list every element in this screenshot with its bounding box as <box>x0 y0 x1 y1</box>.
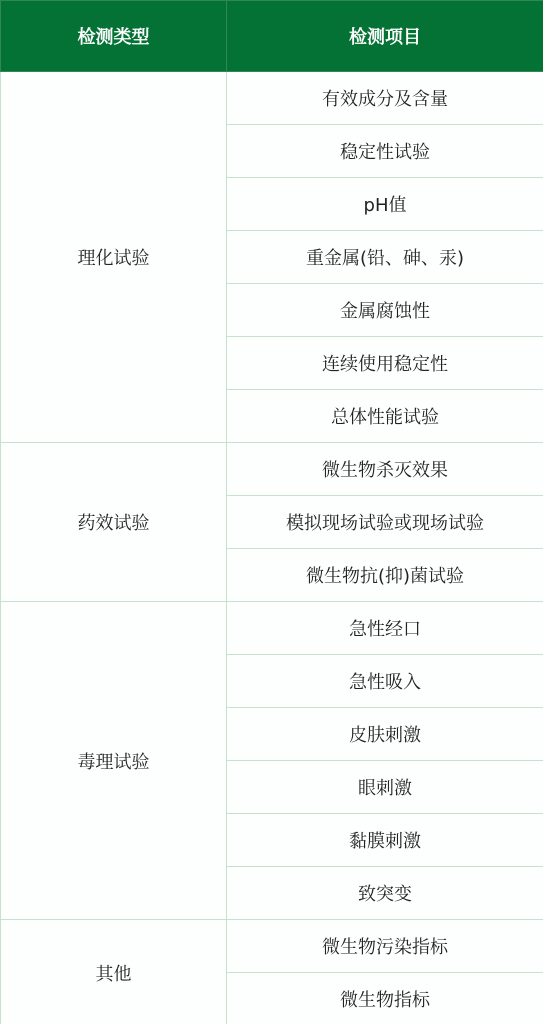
table-row: 理化试验有效成分及含量 <box>1 72 543 125</box>
header-test-type: 检测类型 <box>1 1 227 72</box>
table-row: 药效试验微生物杀灭效果 <box>1 443 543 496</box>
item-cell: 眼刺激 <box>227 761 543 814</box>
category-cell: 毒理试验 <box>1 602 227 920</box>
item-cell: 急性经口 <box>227 602 543 655</box>
category-cell: 药效试验 <box>1 443 227 602</box>
item-cell: 金属腐蚀性 <box>227 284 543 337</box>
category-cell: 理化试验 <box>1 72 227 443</box>
item-cell: 稳定性试验 <box>227 125 543 178</box>
item-cell: 微生物抗(抑)菌试验 <box>227 549 543 602</box>
test-table: 检测类型 检测项目 理化试验有效成分及含量 稳定性试验 pH值 重金属(铅、砷、… <box>0 0 543 1024</box>
item-cell: 微生物杀灭效果 <box>227 443 543 496</box>
item-cell: 皮肤刺激 <box>227 708 543 761</box>
item-cell: 微生物污染指标 <box>227 920 543 973</box>
item-cell: 连续使用稳定性 <box>227 337 543 390</box>
header-test-item: 检测项目 <box>227 1 543 72</box>
item-cell: 致突变 <box>227 867 543 920</box>
item-cell: 总体性能试验 <box>227 390 543 443</box>
table-row: 其他微生物污染指标 <box>1 920 543 973</box>
item-cell: 急性吸入 <box>227 655 543 708</box>
item-cell: pH值 <box>227 178 543 231</box>
header-row: 检测类型 检测项目 <box>1 1 543 72</box>
table-row: 毒理试验急性经口 <box>1 602 543 655</box>
item-cell: 模拟现场试验或现场试验 <box>227 496 543 549</box>
item-cell: 有效成分及含量 <box>227 72 543 125</box>
item-cell: 微生物指标 <box>227 973 543 1024</box>
item-cell: 黏膜刺激 <box>227 814 543 867</box>
category-cell: 其他 <box>1 920 227 1024</box>
item-cell: 重金属(铅、砷、汞) <box>227 231 543 284</box>
